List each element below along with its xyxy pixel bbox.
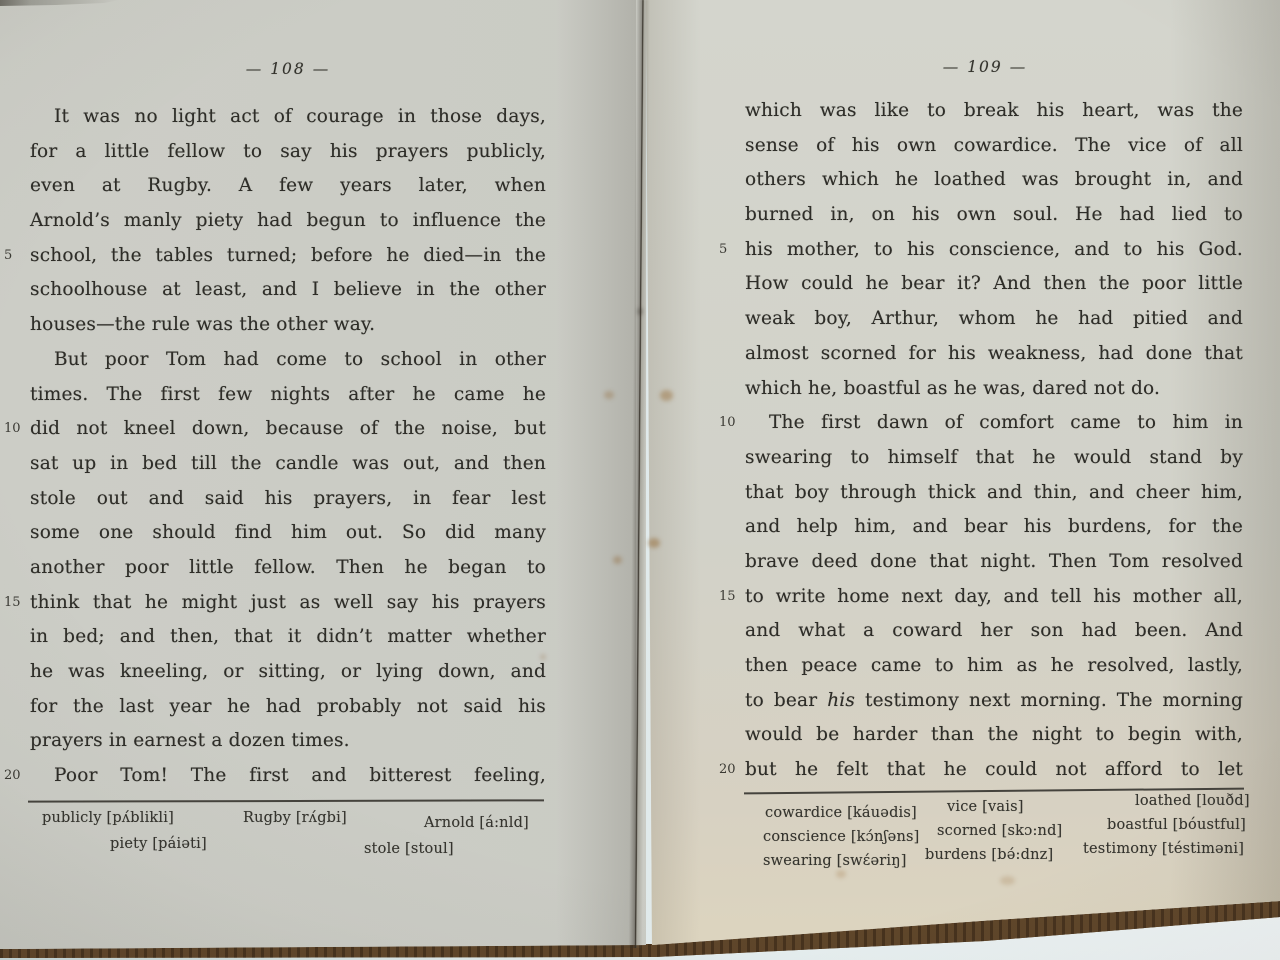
glossary-entry: stole [stoul] [364,841,454,857]
text-line: 10did not kneel down, because of the noi… [30,412,546,447]
line-number: 20 [719,753,736,788]
text-line: houses—the rule was the other way. [30,308,546,343]
text-line: 20but he felt that he could not afford t… [745,753,1243,788]
text-line: 15think that he might just as well say h… [30,586,546,621]
left-page-text: It was no light act of courage in those … [30,100,546,794]
text-line: schoolhouse at least, and I believe in t… [30,273,546,308]
glossary-entry: swearing [swɛ́əriŋ] [763,853,907,869]
glossary-entry: scorned [skɔ:nd] [937,823,1062,839]
text-line: How could he bear it? And then the poor … [745,267,1243,302]
page-number-left: — 108 — [188,60,388,78]
text-line: Arnold’s manly piety had begun to influe… [30,204,546,239]
glossary-entry: loathed [louðd] [1135,793,1250,809]
glossary-entry: publicly [pʌ́blikli] [42,810,174,826]
glossary-entry: conscience [kɔ́nʃəns] [763,829,919,845]
text-line: weak boy, Arthur, whom he had pitied and [745,302,1243,337]
foxing-spot [613,556,622,564]
text-line: then peace came to him as he resolved, l… [745,649,1243,684]
line-number: 5 [4,239,12,274]
text-line: 5his mother, to his conscience, and to h… [745,233,1243,268]
glossary-entry: vice [vais] [947,799,1024,815]
text-line: stole out and said his prayers, in fear … [30,482,546,517]
text-line: It was no light act of courage in those … [30,100,546,135]
book-photo: — 108 — It was no light act of courage i… [0,0,1280,960]
text-line: times. The first few nights after he cam… [30,378,546,413]
text-line: brave deed done that night. Then Tom res… [745,545,1243,580]
emphasized-word: his [827,690,855,711]
text-line: for the last year he had probably not sa… [30,690,546,725]
gutter-shadow [556,0,636,948]
text-line: But poor Tom had come to school in other [30,343,546,378]
text-line: prayers in earnest a dozen times. [30,724,546,759]
line-number: 5 [719,233,727,268]
line-number: 15 [719,580,736,615]
text-line: which he, boastful as he was, dared not … [745,372,1243,407]
foxing-spot [638,308,642,315]
line-number: 20 [4,759,21,794]
line-number: 10 [719,406,736,441]
line-number: 15 [4,586,21,621]
text-line: 15to write home next day, and tell his m… [745,580,1243,615]
foxing-spot [648,538,660,548]
text-line: others which he loathed was brought in, … [745,163,1243,198]
text-line: to bear his testimony next morning. The … [745,684,1243,719]
foxing-spot [660,390,673,401]
text-line: he was kneeling, or sitting, or lying do… [30,655,546,690]
text-line: in bed; and then, that it didn’t matter … [30,620,546,655]
text-line: that boy through thick and thin, and che… [745,476,1243,511]
text-line: sense of his own cowardice. The vice of … [745,129,1243,164]
text-line: which was like to break his heart, was t… [745,94,1243,129]
text-line: even at Rugby. A few years later, when [30,169,546,204]
line-number: 10 [4,412,21,447]
text-line: 20Poor Tom! The first and bitterest feel… [30,759,546,794]
text-line: and what a coward her son had been. And [745,614,1243,649]
foxing-spot [1000,876,1015,885]
glossary-entry: piety [páiəti] [110,836,207,852]
glossary-entry: burdens [bə́:dnz] [925,847,1053,863]
text-line: sat up in bed till the candle was out, a… [30,447,546,482]
text-line: swearing to himself that he would stand … [745,441,1243,476]
text-line: another poor little fellow. Then he bega… [30,551,546,586]
glossary-entry: Arnold [á:nld] [424,815,529,831]
text-line: for a little fellow to say his prayers p… [30,135,546,170]
text-line: some one should find him out. So did man… [30,516,546,551]
text-line: burned in, on his own soul. He had lied … [745,198,1243,233]
text-line: almost scorned for his weakness, had don… [745,337,1243,372]
foxing-spot [604,391,614,399]
page-number-right: — 109 — [885,58,1085,76]
text-line: would be harder than the night to begin … [745,718,1243,753]
text-line: 5school, the tables turned; before he di… [30,239,546,274]
text-line: 10The first dawn of comfort came to him … [745,406,1243,441]
glossary-entry: cowardice [káuədis] [765,805,917,821]
foxing-spot [836,870,846,878]
text-line: and help him, and bear his burdens, for … [745,510,1243,545]
glossary-entry: Rugby [rʌ́gbi] [243,810,347,826]
glossary-entry: testimony [téstiməni] [1083,841,1244,857]
right-page-text: which was like to break his heart, was t… [745,94,1243,788]
glossary-entry: boastful [bóustful] [1107,817,1246,833]
